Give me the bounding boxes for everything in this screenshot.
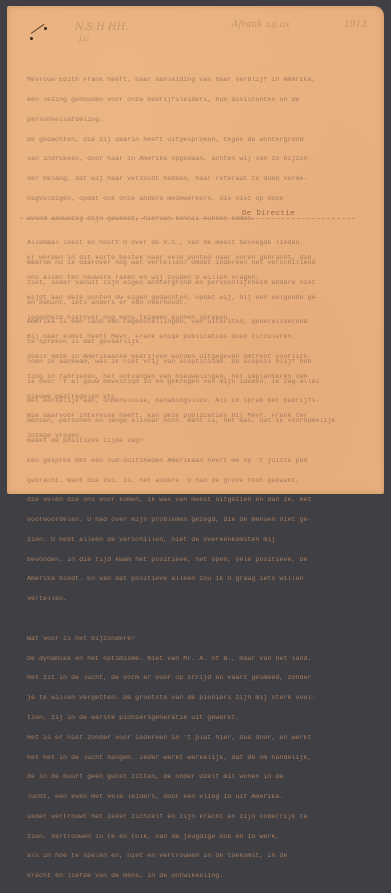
text-line: een lezing gehouden voor onze bedrijfsle… xyxy=(27,97,372,104)
text-line: De gedachten, die zij daarin heeft uitge… xyxy=(27,137,372,144)
pen-dot-mark xyxy=(30,37,33,40)
text-line: te spreken is dat gevaarlijk. xyxy=(27,339,372,346)
text-line: personeelsafdeling. xyxy=(27,117,372,124)
text-line: der belang, dat wij haar verzocht hebben… xyxy=(27,176,372,183)
text-line: gebracht. Want die zei, is, het andere. … xyxy=(27,478,372,485)
text-line: Mevrouw Edith Frank heeft, naar aanleidi… xyxy=(27,77,372,84)
text-line: Amerika is een land van tegenstellingen,… xyxy=(27,319,372,326)
handwritten-year: 1913 xyxy=(344,20,367,30)
text-line: mensen, personen en lange alinear hoch. … xyxy=(27,418,372,425)
text-line: maakt de positieve zijde zag? xyxy=(27,438,372,445)
text-line: Een gesprek met een oud-Duitsheden Ameri… xyxy=(27,458,372,465)
body-paragraphs: Allemaal leest en hoort U over de V.S., … xyxy=(27,227,372,500)
document-page: N.S.H HH. J.G. Afrank ag.ax 1913 Mevrouw… xyxy=(7,6,384,494)
pen-dot-mark xyxy=(44,27,47,30)
text-line: Allemaal leest en hoort U over de V.S., … xyxy=(27,240,372,247)
text-line: met eentelijk aan, onmenslosse, benaming… xyxy=(27,398,372,405)
pen-stroke-mark xyxy=(31,24,45,34)
signature-directie: De Directie xyxy=(242,210,295,218)
text-line: nigvuldigen, opdat ook onze andere medew… xyxy=(27,196,372,203)
dashed-divider xyxy=(20,218,355,219)
text-line: Waarom nu ik daarover nog wat vertellen?… xyxy=(27,260,372,267)
text-line: Toen ik aankwam, was ik niet vrij van sc… xyxy=(27,359,372,366)
handwritten-note: Afrank ag.ax xyxy=(232,20,290,30)
text-line: ziet, ieder vanuit zijn eigen achtergron… xyxy=(27,280,372,287)
handwritten-reference: N.S.H HH. xyxy=(75,22,128,33)
text-line: ik over 't al gauw bevestigd in en gekre… xyxy=(27,379,372,386)
text-line: en bemint, iets anders er van overhoudt. xyxy=(27,300,372,307)
handwritten-initials: J.G. xyxy=(79,35,91,43)
text-line: van indrukken, door haar in Amerika opge… xyxy=(27,156,372,163)
